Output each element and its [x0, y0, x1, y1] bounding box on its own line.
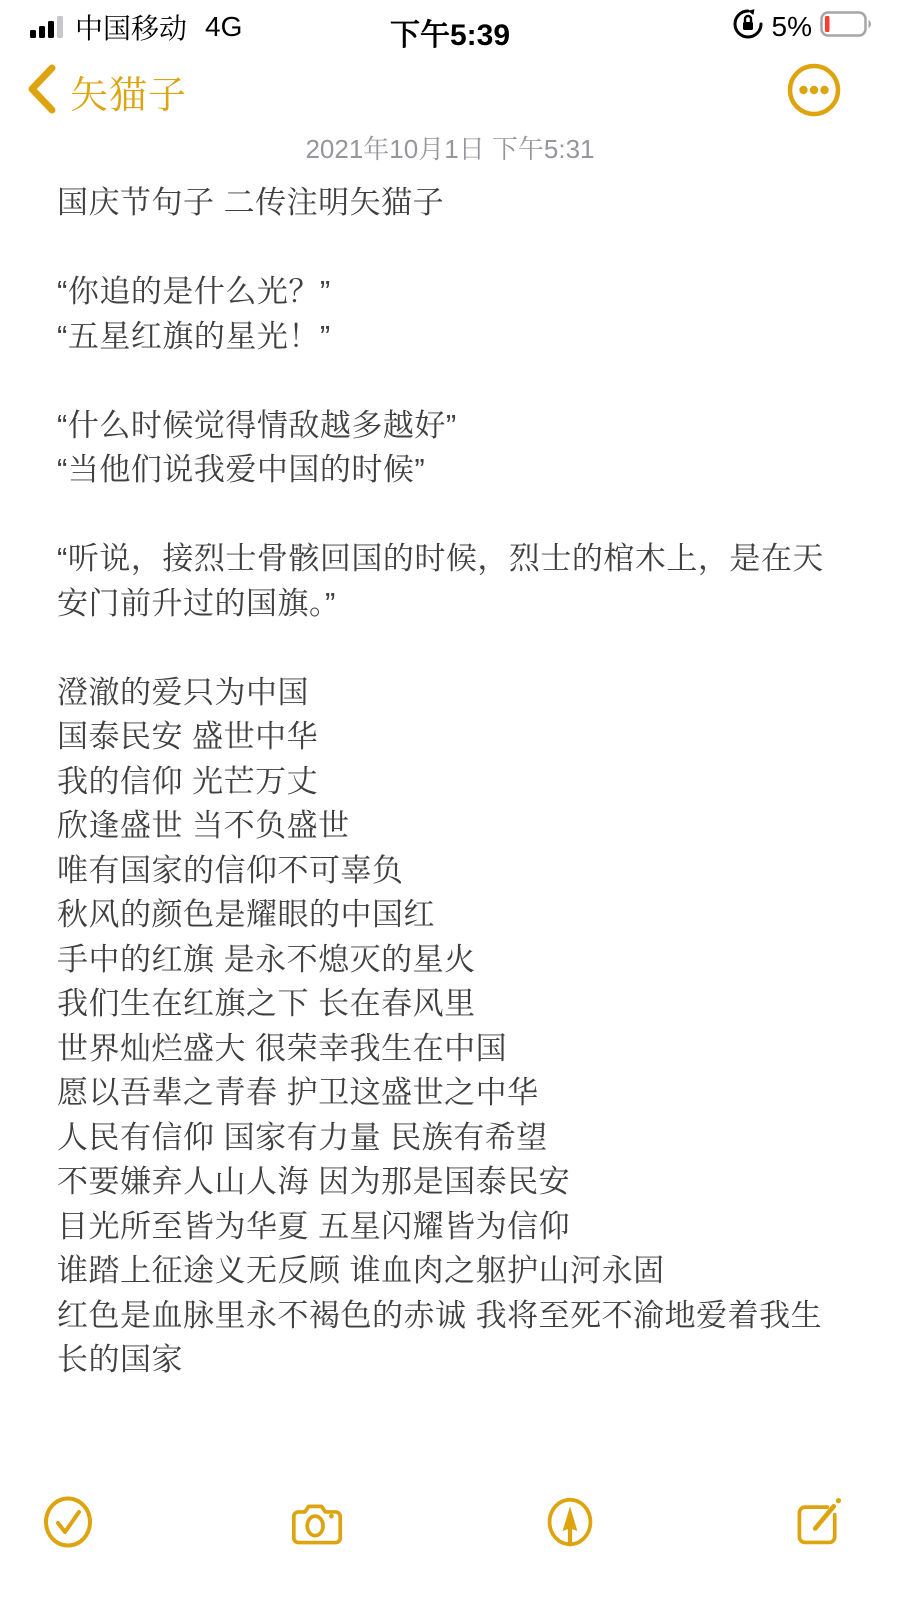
note-line: 手中的红旗 是永不熄灭的星火: [57, 938, 860, 983]
note-line: 秋风的颜色是耀眼的中国红: [57, 893, 860, 938]
note-line: “五星红旗的星光！”: [57, 315, 860, 360]
note-line: 国庆节句子 二传注明矢猫子: [57, 181, 860, 226]
note-date: 2021年10月1日 下午5:31: [57, 132, 843, 166]
note-text: 国庆节句子 二传注明矢猫子“你追的是什么光？”“五星红旗的星光！”“什么时候觉得…: [57, 181, 860, 1383]
battery-percent-label: 5%: [772, 11, 812, 43]
back-button[interactable]: 矢猫子: [26, 64, 187, 119]
note-line: 国泰民安 盛世中华: [57, 715, 860, 760]
note-line: 唯有国家的信仰不可辜负: [57, 849, 860, 894]
rotation-lock-icon: [732, 8, 764, 47]
markup-button[interactable]: [544, 1496, 596, 1548]
camera-button[interactable]: [291, 1498, 343, 1550]
bottom-toolbar: [0, 1496, 900, 1552]
note-line: 目光所至皆为华夏 五星闪耀皆为信仰: [57, 1205, 860, 1250]
carrier-label: 中国移动: [75, 7, 187, 47]
more-options-button[interactable]: [786, 62, 842, 118]
camera-icon: [291, 1498, 343, 1550]
note-line: “听说，接烈士骨骸回国的时候，烈士的棺木上，是在天: [57, 537, 860, 582]
nav-bar: 矢猫子: [0, 56, 900, 122]
note-line: 澄澈的爱只为中国: [57, 671, 860, 716]
note-line: 红色是血脉里永不褐色的赤诚 我将至死不渝地爱着我生: [57, 1294, 860, 1339]
note-blank-line: [57, 626, 860, 671]
back-label: 矢猫子: [70, 64, 187, 119]
markup-pen-icon: [544, 1496, 596, 1548]
note-line: 愿以吾辈之青春 护卫这盛世之中华: [57, 1071, 860, 1116]
compose-button[interactable]: [792, 1496, 844, 1548]
note-line: 世界灿烂盛大 很荣幸我生在中国: [57, 1027, 860, 1072]
note-line: “什么时候觉得情敌越多越好”: [57, 404, 860, 449]
note-line: 我们生在红旗之下 长在春风里: [57, 982, 860, 1027]
note-line: 安门前升过的国旗。”: [57, 582, 860, 627]
note-line: 我的信仰 光芒万丈: [57, 760, 860, 805]
checkmark-circle-icon: [42, 1496, 94, 1548]
signal-strength-icon: [30, 16, 63, 38]
note-line: 不要嫌弃人山人海 因为那是国泰民安: [57, 1160, 860, 1205]
ellipsis-circle-icon: [786, 105, 842, 122]
notes-app-screen: 中国移动 4G 下午5:39 5%: [0, 0, 900, 1600]
status-bar: 中国移动 4G 下午5:39 5%: [0, 0, 900, 46]
note-line: 欣逢盛世 当不负盛世: [57, 804, 860, 849]
status-left: 中国移动 4G: [30, 7, 242, 47]
note-blank-line: [57, 493, 860, 538]
note-line: 谁踏上征途义无反顾 谁血肉之躯护山河永固: [57, 1249, 860, 1294]
battery-icon: [820, 11, 872, 44]
note-line: 长的国家: [57, 1338, 860, 1383]
note-blank-line: [57, 226, 860, 271]
note-line: “当他们说我爱中国的时候”: [57, 448, 860, 493]
note-line: “你追的是什么光？”: [57, 270, 860, 315]
compose-icon: [792, 1496, 844, 1548]
status-right: 5%: [732, 8, 872, 47]
network-type-label: 4G: [205, 11, 242, 43]
chevron-left-icon: [26, 64, 56, 119]
note-line: 人民有信仰 国家有力量 民族有希望: [57, 1116, 860, 1161]
note-blank-line: [57, 359, 860, 404]
checklist-button[interactable]: [42, 1496, 94, 1548]
note-content[interactable]: 2021年10月1日 下午5:31 国庆节句子 二传注明矢猫子“你追的是什么光？…: [57, 132, 860, 1383]
